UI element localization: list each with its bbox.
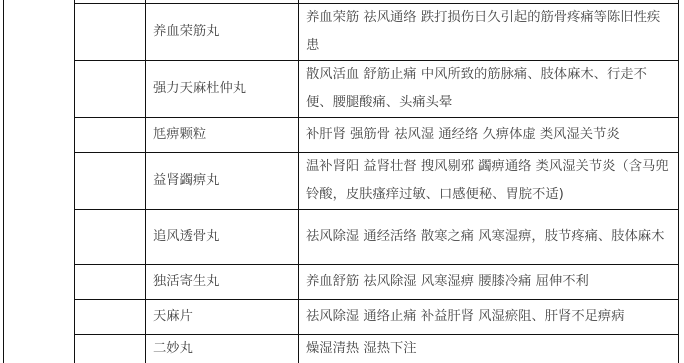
table-row: 强力天麻杜仲丸 散风活血 舒筋止痛 中风所致的筋脉痛、肢体麻木、行走不便、腰腿酸… xyxy=(4,61,679,118)
medicine-name-cell: 尪痹颗粒 xyxy=(146,118,299,153)
blank-cell xyxy=(75,118,146,153)
blank-cell xyxy=(75,4,146,61)
blank-cell xyxy=(75,153,146,210)
medicine-name-cell: 独活寄生丸 xyxy=(146,265,299,300)
medicine-description-cell: 祛风除湿 通络止痛 补益肝肾 风湿瘀阻、肝肾不足痹病 xyxy=(299,300,679,335)
medicine-table: 养血荣筋丸 养血荣筋 祛风通络 跌打损伤日久引起的筋骨疼痛等陈旧性疾患 强力天麻… xyxy=(3,0,679,363)
medicine-description-cell: 养血舒筋 祛风除湿 风寒湿痹 腰膝冷痛 屈伸不利 xyxy=(299,265,679,300)
blank-cell xyxy=(75,210,146,265)
table-row: 天麻片 祛风除湿 通络止痛 补益肝肾 风湿瘀阻、肝肾不足痹病 xyxy=(4,300,679,335)
medicine-name-cell: 天麻片 xyxy=(146,300,299,335)
blank-cell xyxy=(75,335,146,363)
medicine-description-cell: 补肝肾 强筋骨 祛风湿 通经络 久痹体虚 类风湿关节炎 xyxy=(299,118,679,153)
blank-cell xyxy=(75,265,146,300)
medicine-description-cell: 养血荣筋 祛风通络 跌打损伤日久引起的筋骨疼痛等陈旧性疾患 xyxy=(299,4,679,61)
category-cell xyxy=(4,0,75,363)
medicine-name-cell: 养血荣筋丸 xyxy=(146,4,299,61)
medicine-description-cell: 温补肾阳 益肾壮督 搜风剔邪 蠲痹通络 类风湿关节炎（含马兜铃酸，皮肤瘙痒过敏、… xyxy=(299,153,679,210)
table-row: 追风透骨丸 祛风除湿 通经活络 散寒之痛 风寒湿痹，肢节疼痛、肢体麻木 xyxy=(4,210,679,265)
medicine-description-cell: 祛风除湿 通经活络 散寒之痛 风寒湿痹，肢节疼痛、肢体麻木 xyxy=(299,210,679,265)
blank-cell xyxy=(75,300,146,335)
medicine-name-cell: 益肾蠲痹丸 xyxy=(146,153,299,210)
table-row: 益肾蠲痹丸 温补肾阳 益肾壮督 搜风剔邪 蠲痹通络 类风湿关节炎（含马兜铃酸，皮… xyxy=(4,153,679,210)
medicine-name-cell: 二妙丸 xyxy=(146,335,299,363)
medicine-description-cell: 燥湿清热 湿热下注 xyxy=(299,335,679,363)
table-row: 养血荣筋丸 养血荣筋 祛风通络 跌打损伤日久引起的筋骨疼痛等陈旧性疾患 xyxy=(4,4,679,61)
medicine-name-cell: 强力天麻杜仲丸 xyxy=(146,61,299,118)
medicine-description-cell: 散风活血 舒筋止痛 中风所致的筋脉痛、肢体麻木、行走不便、腰腿酸痛、头痛头晕 xyxy=(299,61,679,118)
table-row: 二妙丸 燥湿清热 湿热下注 xyxy=(4,335,679,363)
table-row: 尪痹颗粒 补肝肾 强筋骨 祛风湿 通经络 久痹体虚 类风湿关节炎 xyxy=(4,118,679,153)
medicine-name-cell: 追风透骨丸 xyxy=(146,210,299,265)
blank-cell xyxy=(75,61,146,118)
table-row: 独活寄生丸 养血舒筋 祛风除湿 风寒湿痹 腰膝冷痛 屈伸不利 xyxy=(4,265,679,300)
